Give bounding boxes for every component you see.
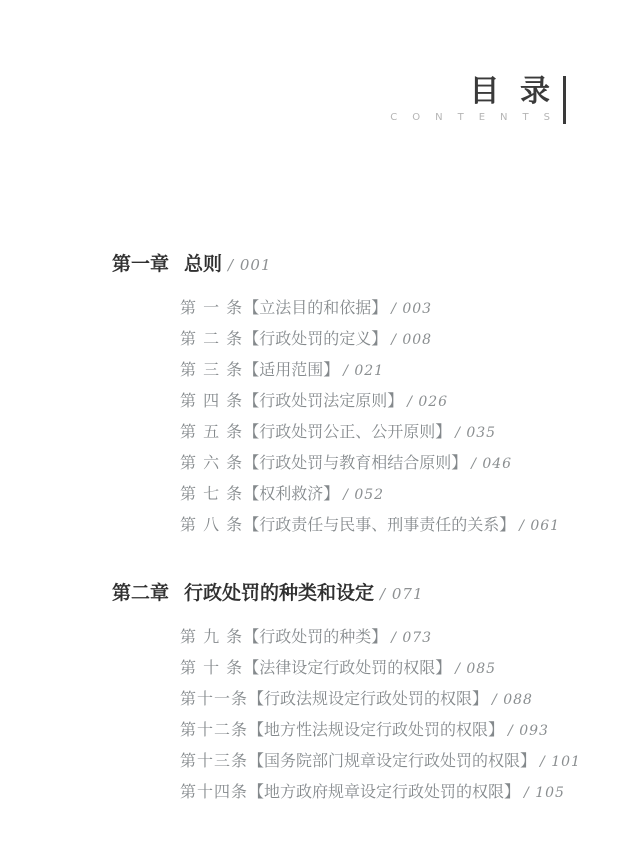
article-number: 第 四 条 xyxy=(180,391,243,410)
article-number: 第 十 条 xyxy=(180,658,243,677)
toc-page: 目 录 CONTENTS 第一章总则/ 001 第 一 条【立法目的和依据】/ … xyxy=(0,0,638,857)
article-title: 【立法目的和依据】 xyxy=(243,298,387,317)
article-number: 第 九 条 xyxy=(180,627,243,646)
article-page-number: / 003 xyxy=(391,301,432,317)
chapter-1-heading: 第一章总则/ 001 xyxy=(112,252,638,277)
article-page-number: / 008 xyxy=(391,332,432,348)
chapter-1-article-list: 第 一 条【立法目的和依据】/ 003 第 二 条【行政处罚的定义】/ 008 … xyxy=(180,293,638,541)
article-page-number: / 073 xyxy=(391,630,432,646)
article-title: 【国务院部门规章设定行政处罚的权限】 xyxy=(248,751,536,770)
article-number: 第 七 条 xyxy=(180,484,243,503)
article-title: 【地方性法规设定行政处罚的权限】 xyxy=(248,720,504,739)
article-number: 第 五 条 xyxy=(180,422,243,441)
article-page-number: / 105 xyxy=(524,785,565,801)
article-title: 【权利救济】 xyxy=(243,484,339,503)
chapter-title: 总则 xyxy=(184,253,222,275)
article-title: 【行政处罚法定原则】 xyxy=(243,391,403,410)
article-page-number: / 101 xyxy=(540,754,581,770)
toc-article-row: 第 二 条【行政处罚的定义】/ 008 xyxy=(180,324,638,355)
chapter-2: 第二章行政处罚的种类和设定/ 071 第 九 条【行政处罚的种类】/ 073 第… xyxy=(112,581,638,808)
article-number: 第十二条 xyxy=(180,720,248,739)
article-title: 【行政处罚的定义】 xyxy=(243,329,387,348)
toc-article-row: 第 九 条【行政处罚的种类】/ 073 xyxy=(180,622,638,653)
article-title: 【行政法规设定行政处罚的权限】 xyxy=(248,689,488,708)
chapter-1: 第一章总则/ 001 第 一 条【立法目的和依据】/ 003 第 二 条【行政处… xyxy=(112,252,638,541)
toc-article-row: 第 六 条【行政处罚与教育相结合原则】/ 046 xyxy=(180,448,638,479)
article-number: 第十四条 xyxy=(180,782,248,801)
article-title: 【行政处罚的种类】 xyxy=(243,627,387,646)
article-number: 第 一 条 xyxy=(180,298,243,317)
article-number: 第 六 条 xyxy=(180,453,243,472)
article-page-number: / 026 xyxy=(407,394,448,410)
toc-article-row: 第十二条【地方性法规设定行政处罚的权限】/ 093 xyxy=(180,715,638,746)
article-number: 第十三条 xyxy=(180,751,248,770)
toc-article-row: 第十一条【行政法规设定行政处罚的权限】/ 088 xyxy=(180,684,638,715)
chapter-page-number: / 001 xyxy=(228,256,271,274)
toc-article-row: 第 五 条【行政处罚公正、公开原则】/ 035 xyxy=(180,417,638,448)
article-title: 【法律设定行政处罚的权限】 xyxy=(243,658,451,677)
toc-article-row: 第十四条【地方政府规章设定行政处罚的权限】/ 105 xyxy=(180,777,638,808)
toc-article-row: 第 七 条【权利救济】/ 052 xyxy=(180,479,638,510)
chapter-label: 第一章 xyxy=(112,253,169,275)
toc-article-row: 第 一 条【立法目的和依据】/ 003 xyxy=(180,293,638,324)
toc-article-row: 第 四 条【行政处罚法定原则】/ 026 xyxy=(180,386,638,417)
toc-article-row: 第 八 条【行政责任与民事、刑事责任的关系】/ 061 xyxy=(180,510,638,541)
toc-article-row: 第 三 条【适用范围】/ 021 xyxy=(180,355,638,386)
chapter-2-heading: 第二章行政处罚的种类和设定/ 071 xyxy=(112,581,638,606)
article-title: 【行政处罚与教育相结合原则】 xyxy=(243,453,467,472)
article-number: 第 八 条 xyxy=(180,515,243,534)
toc-content: 第一章总则/ 001 第 一 条【立法目的和依据】/ 003 第 二 条【行政处… xyxy=(0,0,638,808)
article-page-number: / 093 xyxy=(508,723,549,739)
article-page-number: / 061 xyxy=(519,518,560,534)
article-page-number: / 085 xyxy=(455,661,496,677)
article-page-number: / 046 xyxy=(471,456,512,472)
chapter-title: 行政处罚的种类和设定 xyxy=(184,582,374,604)
chapter-label: 第二章 xyxy=(112,582,169,604)
article-number: 第 二 条 xyxy=(180,329,243,348)
article-title: 【行政责任与民事、刑事责任的关系】 xyxy=(243,515,515,534)
article-title: 【行政处罚公正、公开原则】 xyxy=(243,422,451,441)
article-page-number: / 035 xyxy=(455,425,496,441)
article-title: 【地方政府规章设定行政处罚的权限】 xyxy=(248,782,520,801)
article-number: 第 三 条 xyxy=(180,360,243,379)
toc-article-row: 第十三条【国务院部门规章设定行政处罚的权限】/ 101 xyxy=(180,746,638,777)
article-title: 【适用范围】 xyxy=(243,360,339,379)
article-page-number: / 088 xyxy=(492,692,533,708)
article-number: 第十一条 xyxy=(180,689,248,708)
chapter-2-article-list: 第 九 条【行政处罚的种类】/ 073 第 十 条【法律设定行政处罚的权限】/ … xyxy=(180,622,638,808)
article-page-number: / 021 xyxy=(343,363,384,379)
chapter-page-number: / 071 xyxy=(380,585,423,603)
article-page-number: / 052 xyxy=(343,487,384,503)
toc-article-row: 第 十 条【法律设定行政处罚的权限】/ 085 xyxy=(180,653,638,684)
